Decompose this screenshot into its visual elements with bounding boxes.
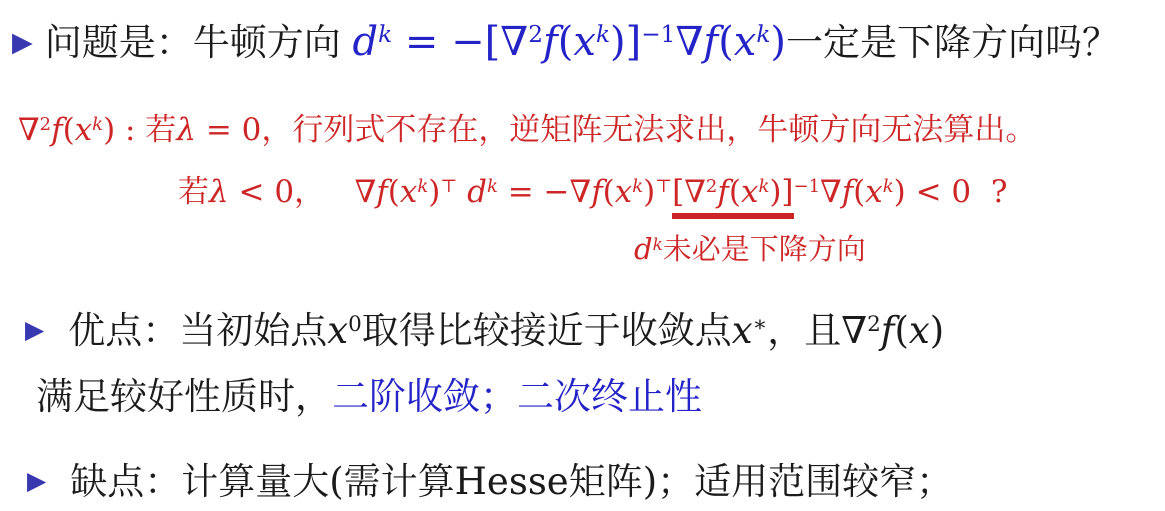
red-note-line-lambda-negative: 若λ < 0， ∇f(xk)⊤ dk = −∇f(xk)⊤[∇2f(xk)]−1… — [178, 166, 1007, 211]
advantages-line2: 满足较好性质时，二阶收敛；二次终止性 — [36, 366, 702, 420]
advantages-line1: ▶优点：当初始点x0取得比较接近于收敛点x∗，且∇2f(x) — [25, 300, 944, 354]
slide: ▶问题是：牛顿方向 dk = −[∇2f(xk)]−1∇f(xk)一定是下降方向… — [0, 0, 1165, 511]
bullet-triangle-icon: ▶ — [25, 315, 44, 344]
disadvantages-text: 缺点：计算量大(需计算Hesse矩阵)；适用范围较窄； — [70, 460, 953, 503]
advantages-condition-text: 满足较好性质时， — [36, 375, 332, 418]
question-prefix: 问题是：牛顿方向 — [45, 21, 353, 64]
question-line: ▶问题是：牛顿方向 dk = −[∇2f(xk)]−1∇f(xk)一定是下降方向… — [12, 12, 1119, 66]
bullet-triangle-icon: ▶ — [27, 466, 46, 495]
advantages-text: 优点：当初始点x0取得比较接近于收敛点x∗，且∇2f(x) — [68, 309, 944, 352]
red-note-line-lambda-zero: ∇2f(xk) : 若λ = 0，行列式不存在，逆矩阵无法求出，牛顿方向无法算出… — [18, 104, 1036, 149]
bullet-triangle-icon: ▶ — [12, 27, 33, 58]
advantages-highlight-text: 二阶收敛；二次终止性 — [332, 375, 702, 418]
red-note-line-not-descent: dk未必是下降方向 — [634, 227, 866, 268]
disadvantages-line: ▶缺点：计算量大(需计算Hesse矩阵)；适用范围较窄； — [27, 451, 953, 505]
question-suffix: 一定是下降方向吗？ — [786, 21, 1119, 64]
newton-direction-formula: dk = −[∇2f(xk)]−1∇f(xk) — [353, 19, 787, 65]
